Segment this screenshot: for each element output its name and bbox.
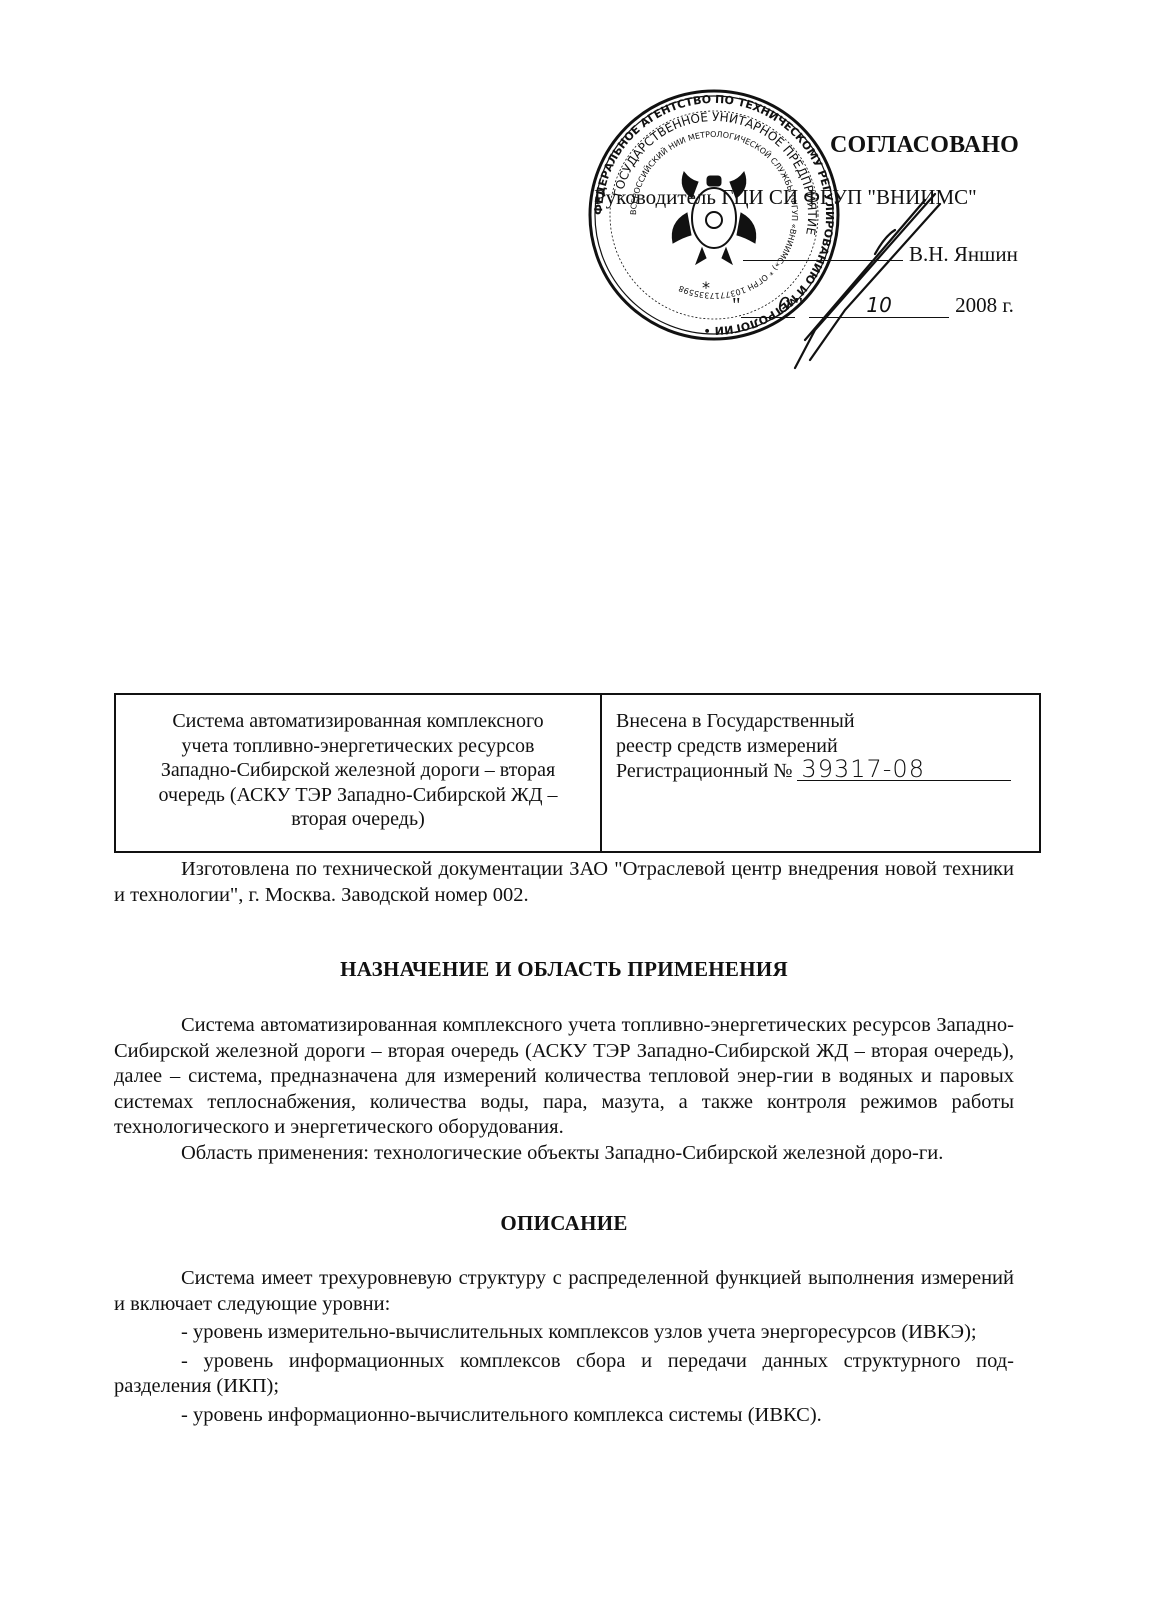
system-name-line: Западно-Сибирской железной дороги – втор… <box>124 758 592 783</box>
registration-number: 39317-08 <box>797 758 1011 781</box>
date-close-quote: " <box>795 293 804 317</box>
system-name-line: очередь (АСКУ ТЭР Западно-Сибирской ЖД – <box>124 783 592 808</box>
approval-block: ФЕДЕРАЛЬНОЕ АГЕНТСТВО ПО ТЕХНИЧЕСКОМУ РЕ… <box>560 80 1050 340</box>
svg-text:*: * <box>702 278 710 297</box>
description-section: Система имеет трехуровневую структуру с … <box>114 1266 1014 1428</box>
registry-line: Внесена в Государственный <box>616 709 1029 734</box>
registration-row: Регистрационный № 39317-08 <box>616 758 1029 784</box>
date-month: 10 <box>809 293 949 318</box>
registration-label: Регистрационный № <box>616 760 792 782</box>
system-name-line: учета топливно-энергетических ресурсов <box>124 734 592 759</box>
level-list-item: - уровень информационных комплексов сбор… <box>114 1349 1014 1400</box>
signature-row: В.Н. Яншин <box>743 240 1018 267</box>
approval-date: "0"102008 г. <box>732 293 1014 318</box>
approver-role: Руководитель ГЦИ СИ ФГУП "ВНИИМС" <box>594 185 977 210</box>
description-paragraph: Система имеет трехуровневую структуру с … <box>114 1266 1014 1317</box>
purpose-paragraph: Система автоматизированная комплексного … <box>114 1013 1014 1141</box>
system-name-line: Система автоматизированная комплексного <box>124 709 592 734</box>
date-year: 2008 г. <box>955 293 1014 317</box>
registry-cell: Внесена в Государственный реестр средств… <box>602 695 1039 851</box>
manufacturer-paragraph: Изготовлена по технической документации … <box>114 857 1014 908</box>
signature-line <box>743 240 903 261</box>
level-list-item: - уровень измерительно-вычислительных ко… <box>114 1320 1014 1346</box>
signer-name: В.Н. Яншин <box>909 242 1018 266</box>
svg-text:ВСЕРОССИЙСКИЙ НИИ МЕТРОЛОГИЧЕС: ВСЕРОССИЙСКИЙ НИИ МЕТРОЛОГИЧЕСКОЙ СЛУЖБЫ… <box>629 130 799 300</box>
document-page: ФЕДЕРАЛЬНОЕ АГЕНТСТВО ПО ТЕХНИЧЕСКОМУ РЕ… <box>0 0 1149 1612</box>
system-name-cell: Система автоматизированная комплексного … <box>116 695 602 851</box>
purpose-section: Система автоматизированная комплексного … <box>114 1013 1014 1166</box>
section-heading-description: ОПИСАНИЕ <box>114 1211 1014 1236</box>
manufacturer-block: Изготовлена по технической документации … <box>114 857 1014 908</box>
application-area-paragraph: Область применения: технологические объе… <box>114 1141 1014 1167</box>
section-heading-purpose: НАЗНАЧЕНИЕ И ОБЛАСТЬ ПРИМЕНЕНИЯ <box>114 957 1014 982</box>
date-open-quote: " <box>732 293 741 317</box>
level-list-item: - уровень информационно-вычислительного … <box>114 1403 1014 1429</box>
date-day: 0 <box>741 293 795 318</box>
approval-title: СОГЛАСОВАНО <box>830 132 1045 159</box>
identification-table: Система автоматизированная комплексного … <box>114 693 1041 853</box>
system-name-line: вторая очередь) <box>124 807 592 832</box>
